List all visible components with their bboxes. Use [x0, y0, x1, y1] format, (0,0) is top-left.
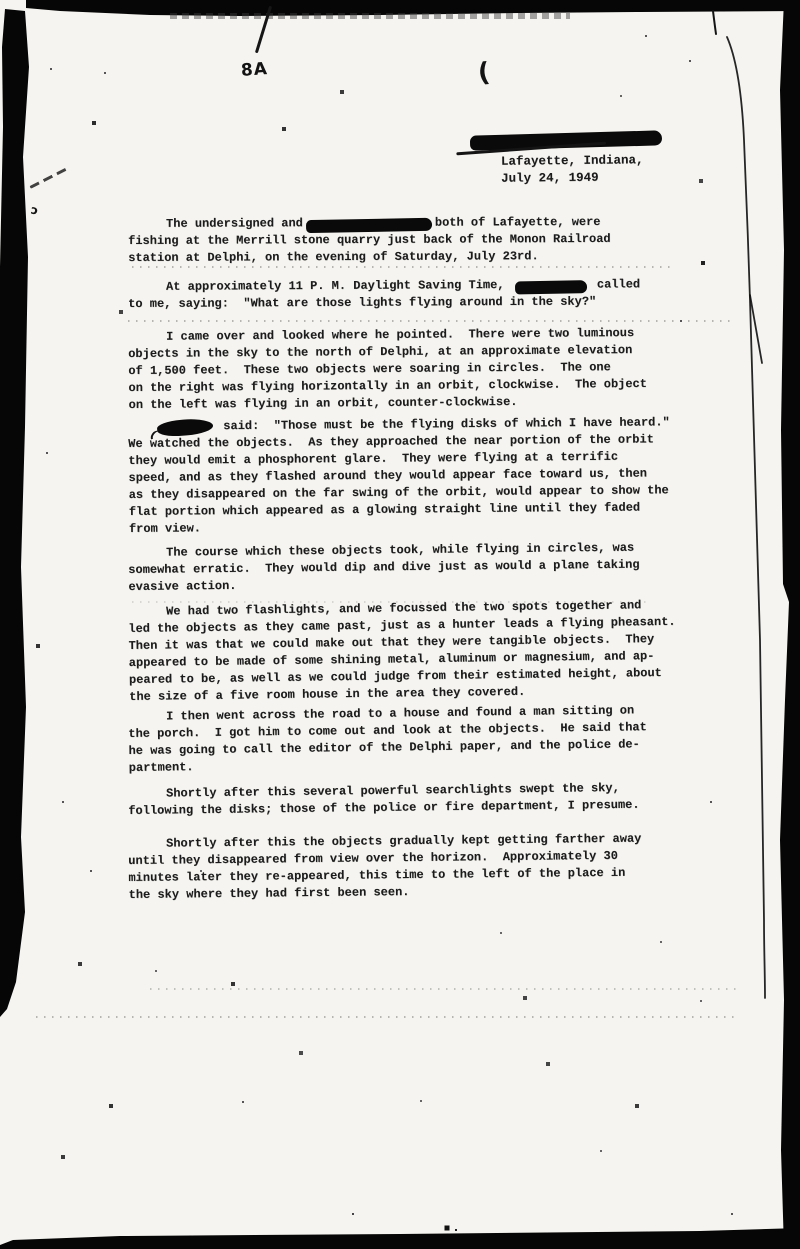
document-page: 8A ( ɔ Lafayette, Indiana, July 24, 1949…: [0, 0, 800, 1249]
paragraph-3: I came over and looked where he pointed.…: [128, 324, 769, 414]
redaction-bar: [306, 218, 432, 233]
scan-noise-line: [128, 320, 736, 322]
scan-speckles: [0, 0, 2, 2]
scan-noise-line: [150, 988, 736, 990]
paragraph-2: At approximately 11 P. M. Daylight Savin…: [128, 276, 768, 313]
scan-noise-line: [36, 1016, 740, 1018]
paragraph-6: We had two flashlights, and we focussed …: [128, 596, 769, 706]
letterhead-location: Lafayette, Indiana,: [501, 152, 644, 170]
letterhead-date: July 24, 1949: [501, 169, 644, 187]
paragraph-5: The course which these objects took, whi…: [128, 538, 768, 596]
redaction-bar: [515, 280, 587, 294]
redaction-bar: [157, 417, 214, 437]
letterhead: Lafayette, Indiana, July 24, 1949: [501, 152, 644, 186]
paragraph-4: said: "Those must be the flying disks of…: [128, 413, 769, 538]
handwritten-page-number: 8A: [240, 59, 268, 81]
paragraph-1: The undersigned andboth of Lafayette, we…: [128, 213, 768, 267]
paragraph-7: I then went across the road to a house a…: [128, 701, 769, 777]
scan-fringe: [170, 13, 570, 19]
paragraph-9: Shortly after this the objects gradually…: [128, 829, 769, 904]
scan-edge-right: [776, 0, 800, 1249]
scan-edge-bottom: [0, 1228, 800, 1249]
paragraph-8: Shortly after this several powerful sear…: [128, 778, 768, 820]
margin-pen-curl: ɔ: [30, 202, 39, 217]
redaction-bar-header: [470, 130, 662, 150]
pen-paren-mark: (: [476, 57, 491, 88]
scan-edge-left: [0, 7, 34, 1019]
scan-noise-line: [132, 266, 672, 268]
margin-pen-stroke: [29, 166, 69, 188]
scan-noise-line: [132, 601, 652, 603]
